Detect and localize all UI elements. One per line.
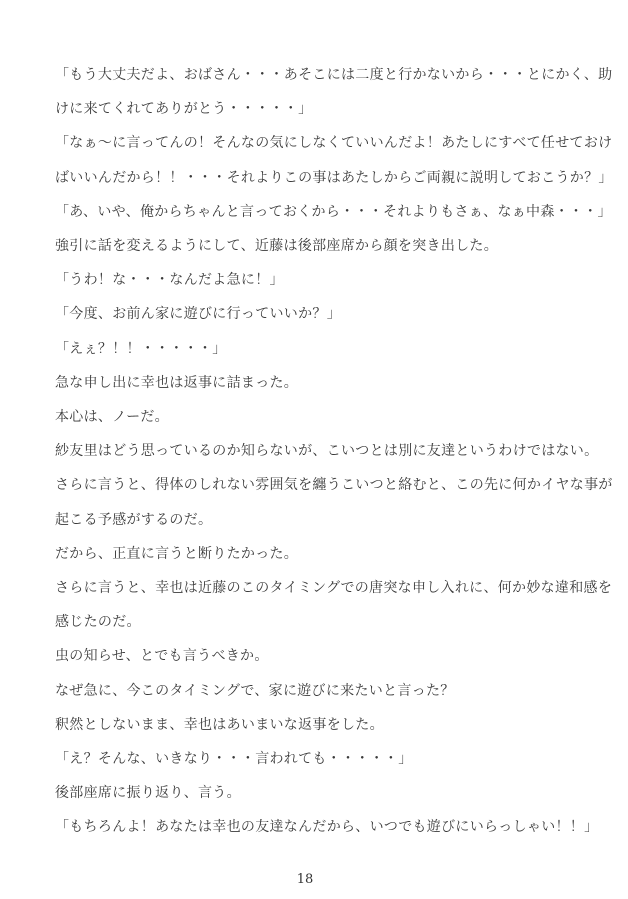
page-number: 18 [297, 872, 314, 887]
text-line: 釈然としないまま、幸也はあいまいな返事をした。 [55, 708, 600, 742]
text-line: だから、正直に言うと断りたかった。 [55, 537, 600, 571]
text-line: 強引に話を変えるようにして、近藤は後部座席から顔を突き出した。 [55, 229, 600, 263]
text-line: 「うわ！な・・・なんだよ急に！」 [55, 263, 600, 297]
text-line: 「えぇ？！！・・・・・」 [55, 332, 600, 366]
text-line: さらに言うと、幸也は近藤のこのタイミングでの唐突な申し入れに、何か妙な違和感を [55, 571, 600, 605]
text-line: 感じたのだ。 [55, 605, 600, 639]
text-block: 「もう大丈夫だよ、おばさん・・・あそこには二度と行かないから・・・とにかく、助 … [55, 58, 600, 845]
text-line: 紗友里はどう思っているのか知らないが、こいつとは別に友達というわけではない。 [55, 434, 600, 468]
text-line: ばいいんだから！！・・・それよりこの事はあたしからご両親に説明しておこうか？」 [55, 161, 600, 195]
text-line: 後部座席に振り返り、言う。 [55, 776, 600, 810]
text-line: 「え？そんな、いきなり・・・言われても・・・・・」 [55, 742, 600, 776]
text-line: 「もちろんよ！あなたは幸也の友達なんだから、いつでも遊びにいらっしゃい！！」 [55, 810, 600, 844]
page-footer: 18 [0, 868, 610, 887]
text-line: 「今度、お前ん家に遊びに行っていいか？」 [55, 297, 600, 331]
text-line: 「もう大丈夫だよ、おばさん・・・あそこには二度と行かないから・・・とにかく、助 [55, 58, 600, 92]
text-line: 急な申し出に幸也は返事に詰まった。 [55, 366, 600, 400]
text-line: 虫の知らせ、とでも言うべきか。 [55, 639, 600, 673]
text-line: さらに言うと、得体のしれない雰囲気を纏うこいつと絡むと、この先に何かイヤな事が [55, 468, 600, 502]
document-page: 「もう大丈夫だよ、おばさん・・・あそこには二度と行かないから・・・とにかく、助 … [0, 0, 628, 899]
text-line: けに来てくれてありがとう・・・・・」 [55, 92, 600, 126]
text-line: 「あ、いや、俺からちゃんと言っておくから・・・それよりもさぁ、なぁ中森・・・」 [55, 195, 600, 229]
text-line: 本心は、ノーだ。 [55, 400, 600, 434]
text-line: 起こる予感がするのだ。 [55, 503, 600, 537]
text-line: なぜ急に、今このタイミングで、家に遊びに来たいと言った？ [55, 674, 600, 708]
text-line: 「なぁ〜に言ってんの！そんなの気にしなくていいんだよ！あたしにすべて任せておけ [55, 126, 600, 160]
